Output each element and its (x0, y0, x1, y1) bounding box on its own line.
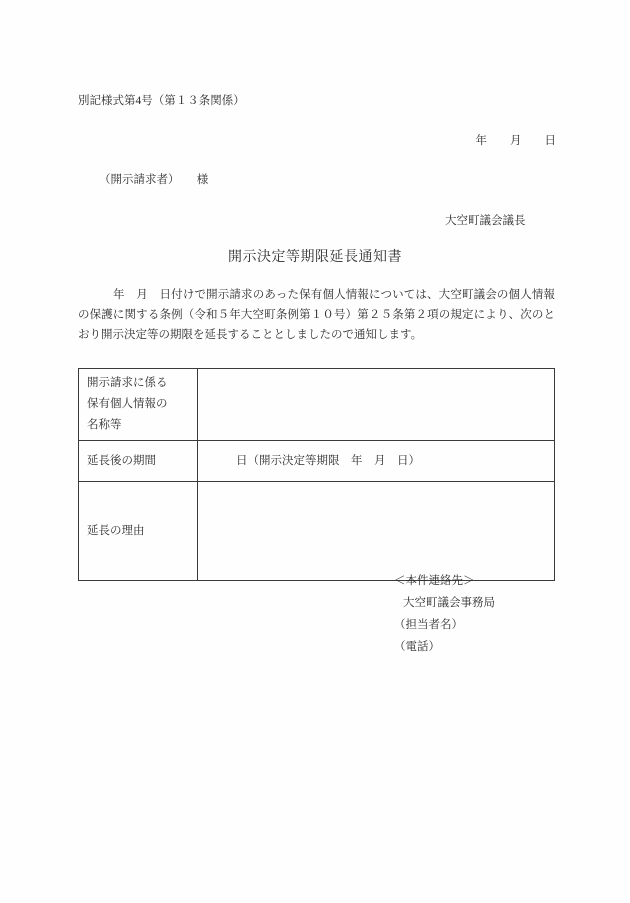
label-line: 保有個人情報の (87, 394, 189, 415)
label-line: 開示請求に係る (87, 373, 189, 394)
contact-phone: （電話） (394, 636, 495, 658)
row-period-value-cell: 日（開示決定等期限 年 月 日） (198, 441, 555, 482)
row-reason-label-cell: 延長の理由 (79, 482, 198, 581)
form-table: 開示請求に係る 保有個人情報の 名称等 延長後の期間 日（開示決定等期限 年 月… (78, 368, 555, 581)
label-line: 名称等 (87, 415, 189, 436)
contact-person: （担当者名） (394, 614, 495, 636)
document-title: 開示決定等期限延長通知書 (0, 246, 630, 266)
row-period-label-cell: 延長後の期間 (79, 441, 198, 482)
row-reason-value-cell (198, 482, 555, 581)
form-number: 別記様式第4号（第１３条関係） (78, 92, 245, 108)
date-line: 年 月 日 (476, 132, 557, 148)
table-row-period: 延長後の期間 日（開示決定等期限 年 月 日） (79, 441, 555, 482)
contact-heading: ＜本件連絡先＞ (394, 570, 495, 592)
row-name-label-cell: 開示請求に係る 保有個人情報の 名称等 (79, 369, 198, 441)
contact-block: ＜本件連絡先＞ 大空町議会事務局 （担当者名） （電話） (394, 570, 495, 658)
addressee-line: （開示請求者） 様 (99, 171, 208, 187)
table-row-reason: 延長の理由 (79, 482, 555, 581)
table-row-name: 開示請求に係る 保有個人情報の 名称等 (79, 369, 555, 441)
row-name-value-cell (198, 369, 555, 441)
body-paragraph: 年 月 日付けで開示請求のあった保有個人情報については、大空町議会の個人情報の保… (78, 285, 555, 345)
contact-office: 大空町議会事務局 (403, 592, 495, 614)
document-page: 別記様式第4号（第１３条関係） 年 月 日 （開示請求者） 様 大空町議会議長 … (0, 0, 630, 903)
sender-line: 大空町議会議長 (445, 212, 526, 228)
